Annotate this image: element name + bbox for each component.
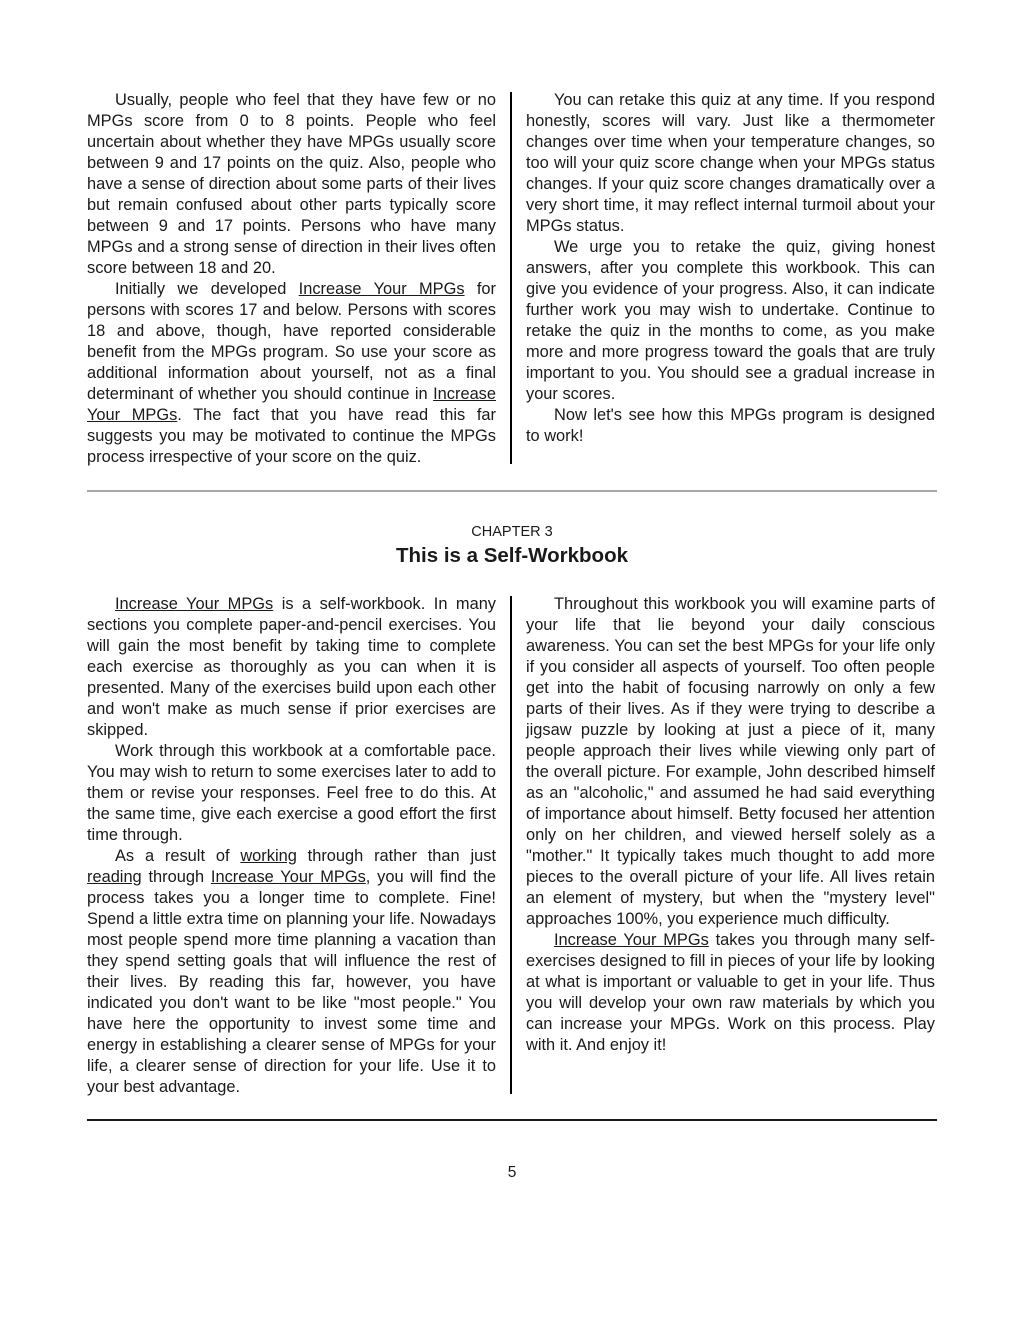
column-divider xyxy=(510,596,512,1094)
text-run: is a self-workbook. In many sections you… xyxy=(87,595,496,739)
paragraph: You can retake this quiz at any time. If… xyxy=(526,90,935,237)
column-divider xyxy=(510,92,512,464)
paragraph: Throughout this workbook you will examin… xyxy=(526,594,935,930)
text-run: Initially we developed xyxy=(115,280,299,298)
paragraph: Increase Your MPGs is a self-workbook. I… xyxy=(87,594,496,741)
section-divider-rule xyxy=(87,490,937,492)
section1-left-column: Usually, people who feel that they have … xyxy=(87,90,496,468)
underlined-text: Increase Your MPGs xyxy=(554,931,709,949)
paragraph: Increase Your MPGs takes you through man… xyxy=(526,930,935,1056)
text-run: Throughout this workbook you will examin… xyxy=(526,595,935,928)
paragraph: We urge you to retake the quiz, giving h… xyxy=(526,237,935,405)
chapter-kicker: CHAPTER 3 xyxy=(87,523,937,541)
paragraph: Now let's see how this MPGs program is d… xyxy=(526,405,935,447)
chapter-title: This is a Self-Workbook xyxy=(87,543,937,569)
text-run: , you will find the process takes you a … xyxy=(87,868,496,1096)
text-run: Work through this workbook at a comforta… xyxy=(87,742,496,844)
workbook-page: Usually, people who feel that they have … xyxy=(0,0,1024,1325)
underlined-text: Increase Your MPGs xyxy=(211,868,366,886)
text-run: You can retake this quiz at any time. If… xyxy=(526,91,935,235)
section1-right-column: You can retake this quiz at any time. If… xyxy=(526,90,935,468)
underlined-text: reading xyxy=(87,868,142,886)
text-run: We urge you to retake the quiz, giving h… xyxy=(526,238,935,403)
underlined-text: Increase Your MPGs xyxy=(115,595,273,613)
page-number: 5 xyxy=(87,1162,937,1183)
section-2-columns: Increase Your MPGs is a self-workbook. I… xyxy=(87,594,937,1098)
underlined-text: Increase Your MPGs xyxy=(299,280,465,298)
paragraph: Initially we developed Increase Your MPG… xyxy=(87,279,496,468)
section2-left-column: Increase Your MPGs is a self-workbook. I… xyxy=(87,594,496,1098)
footer-rule xyxy=(87,1119,937,1121)
text-run: takes you through many self-exercises de… xyxy=(526,931,935,1054)
section2-right-column: Throughout this workbook you will examin… xyxy=(526,594,935,1098)
underlined-text: working xyxy=(240,847,296,865)
paragraph: As a result of working through rather th… xyxy=(87,846,496,1098)
text-run: As a result of xyxy=(115,847,240,865)
paragraph: Work through this workbook at a comforta… xyxy=(87,741,496,846)
text-run: through xyxy=(142,868,211,886)
text-run: Usually, people who feel that they have … xyxy=(87,91,496,277)
paragraph: Usually, people who feel that they have … xyxy=(87,90,496,279)
text-run: through rather than just xyxy=(297,847,496,865)
text-run: Now let's see how this MPGs program is d… xyxy=(526,406,935,445)
section-1-columns: Usually, people who feel that they have … xyxy=(87,90,937,468)
